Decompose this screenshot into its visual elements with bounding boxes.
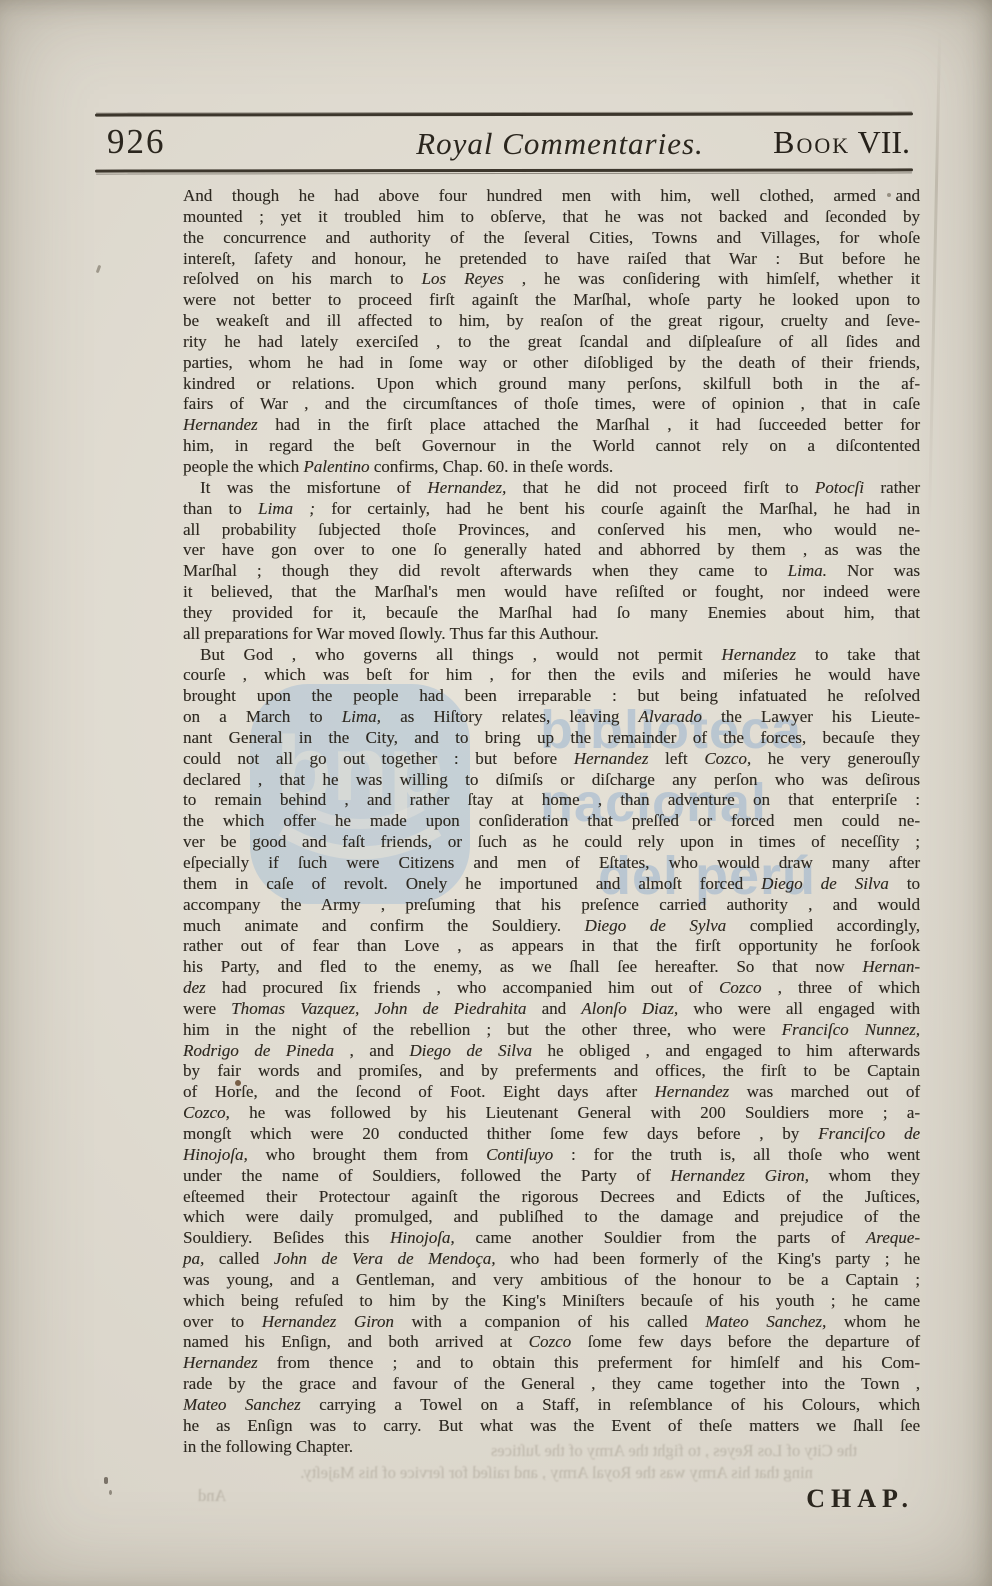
text-line: rather out of fear than Love , as appear… (183, 936, 920, 957)
text-line: of Horſe, and the ſecond of Foot. Eight … (183, 1082, 920, 1103)
text-line: courſe , which was beſt for him , for th… (183, 665, 920, 686)
text-line: reſolved on his march to Los Reyes , he … (183, 269, 920, 290)
text-line: than to Lima ; for certainly, had he ben… (183, 499, 920, 520)
text-line: rity he had lately exerciſed , to the gr… (183, 332, 920, 353)
text-line: they provided for it, becauſe the Marſha… (183, 603, 920, 624)
text-line: pa, called John de Vera de Mendoça, who … (183, 1249, 920, 1270)
text-line: ver have gon over to one ſo generally ha… (183, 540, 920, 561)
text-line: rade by the grace and favour of the Gene… (183, 1374, 920, 1395)
text-line: Hinojoſa, who brought them from Contiſuy… (183, 1145, 920, 1166)
text-line: by fair words and promiſes, and by prefe… (183, 1061, 920, 1082)
text-line: he as Enſign was to carry. But what was … (183, 1416, 920, 1437)
text-line: It was the misfortune of Hernandez, that… (183, 478, 920, 499)
text-line: dez had procured ſix friends , who accom… (183, 978, 920, 999)
text-line: Marſhal ; though they did revolt afterwa… (183, 561, 920, 582)
catchword: CHAP. (806, 1484, 914, 1514)
text-line: were Thomas Vazquez, John de Piedrahita … (183, 999, 920, 1020)
text-line: on a March to Lima, as Hiſtory relates, … (183, 707, 920, 728)
text-line: intereſt, ſafety and honour, he pretende… (183, 249, 920, 270)
text-line: the which offer he made upon conſiderati… (183, 811, 920, 832)
paragraph: And though he had above four hundred men… (183, 186, 920, 478)
book-label: Book VII. (773, 124, 910, 161)
text-line: Mateo Sanchez carrying a Towel on a Staf… (183, 1395, 920, 1416)
text-line: which were daily promulged, and publiſhe… (183, 1207, 920, 1228)
text-line: it believed, that the Marſhal's men woul… (183, 582, 920, 603)
text-line: much animate and confirm the Souldiery. … (183, 916, 920, 937)
text-line: eſteemed their Protectour againſt the ri… (183, 1187, 920, 1208)
book-numeral: VII. (858, 124, 910, 160)
text-line: his Party, and fled to the enemy, as we … (183, 957, 920, 978)
text-line: him in the night of the rebellion ; but … (183, 1020, 920, 1041)
text-line: which being refuſed to him by the King's… (183, 1291, 920, 1312)
text-line: Hernandez from thence ; and to obtain th… (183, 1353, 920, 1374)
book-word: Book (773, 124, 850, 160)
text-line: be weakeſt and ill affected to him, by r… (183, 311, 920, 332)
text-line: in the following Chapter. (183, 1437, 920, 1458)
text-line: fairs of War , and the circumſtances of … (183, 394, 920, 415)
paragraph: It was the misfortune of Hernandez, that… (183, 478, 920, 645)
text-line: mongſt which were 20 conducted thither ſ… (183, 1124, 920, 1145)
text-line: brought upon the people had been irrepar… (183, 686, 920, 707)
text-line: accompany the Army , preſuming that his … (183, 895, 920, 916)
text-line: But God , who governs all things , would… (183, 645, 920, 666)
text-line: all probability ſubjected thoſe Province… (183, 520, 920, 541)
text-line: Rodrigo de Pineda , and Diego de Silva h… (183, 1041, 920, 1062)
text-line: Souldiery. Beſides this Hinojoſa, came a… (183, 1228, 920, 1249)
showthrough-line: ning that his Army was the Royal Army , … (195, 1463, 918, 1483)
body-text: And though he had above four hundred men… (183, 186, 920, 1457)
text-line: Hernandez had in the firſt place attache… (183, 415, 920, 436)
text-line: all preparations for War moved ſlowly. T… (183, 624, 920, 645)
text-line: them in caſe of revolt. Onely he importu… (183, 874, 920, 895)
text-line: mounted ; yet it troubled him to obſerve… (183, 207, 920, 228)
text-line: nant General in the City, and to bring u… (183, 728, 920, 749)
text-line: And though he had above four hundred men… (183, 186, 920, 207)
text-line: Cozco, he was followed by his Lieutenant… (183, 1103, 920, 1124)
text-line: people the which Palentino confirms, Cha… (183, 457, 920, 478)
text-line: declared , that he was willing to diſmiſ… (183, 770, 920, 791)
text-line: could not all go out together : but befo… (183, 749, 920, 770)
text-line: under the name of Souldiers, followed th… (183, 1166, 920, 1187)
text-line: were not better to proceed firſt againſt… (183, 290, 920, 311)
page-number: 926 (107, 122, 166, 162)
text-line: named his Enſign, and both arrived at Co… (183, 1332, 920, 1353)
book-page-scan: the City of Los Reyes , to fight the Arm… (0, 0, 992, 1586)
text-line: was young, and a Gentleman, and very amb… (183, 1270, 920, 1291)
showthrough-line: And (198, 1486, 226, 1506)
paragraph: But God , who governs all things , would… (183, 645, 920, 1458)
running-title: Royal Commentaries. (335, 126, 785, 162)
text-line: parties, whom he had in ſome way or othe… (183, 353, 920, 374)
text-line: the concurrence and authority of the ſev… (183, 228, 920, 249)
text-line: him, in regard the beſt Governour in the… (183, 436, 920, 457)
text-line: eſpecially if ſuch were Citizens and men… (183, 853, 920, 874)
text-line: kindred or relations. Upon which ground … (183, 374, 920, 395)
text-line: to remain behind , and rather ſtay at ho… (183, 790, 920, 811)
text-line: over to Hernandez Giron with a companion… (183, 1312, 920, 1333)
text-line: ver be good and faſt friends, or ſuch as… (183, 832, 920, 853)
